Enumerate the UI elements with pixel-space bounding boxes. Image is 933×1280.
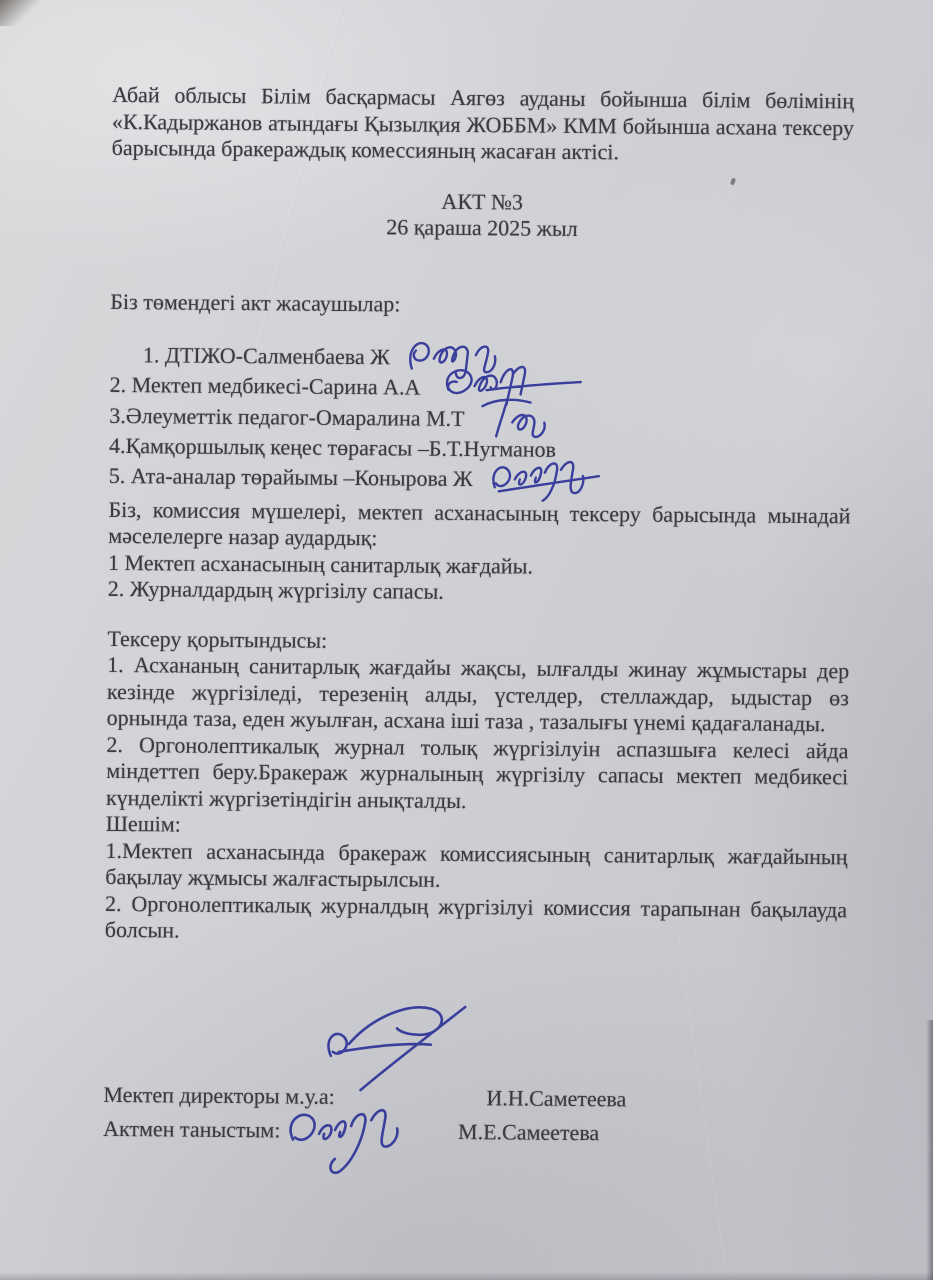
results-item-1: 1. Асхананың санитарлық жағдайы жақсы, ы…: [107, 652, 850, 738]
director-name: И.Н.Саметеева: [486, 1085, 626, 1113]
member-label: 2. Мектеп медбикесі-Сарина А.А: [110, 372, 421, 400]
acquainted-sign-row: Актмен таныстым: М.Е.Самеетева: [103, 1116, 280, 1144]
photo-edge-shadow: [0, 1272, 933, 1280]
decision-item-2: 2. Оргонолептикалық журналдың жүргізілуі…: [105, 891, 847, 950]
signoff-block: Мектеп директоры м.у.а: И.Н.Саметеева Ак…: [103, 1040, 846, 1166]
acquainted-label: Актмен таныстым:: [103, 1116, 280, 1143]
creators-intro: Біз төмендегі акт жасаушылар:: [110, 288, 852, 321]
document-header-paragraph: Абай облысы Білім басқармасы Аягөз аудан…: [112, 82, 855, 168]
results-item-2: 2. Оргонолептикалық журнал толық жүргізі…: [106, 732, 849, 818]
member-label: 5. Ата-аналар төрайымы –Конырова Ж: [109, 463, 473, 491]
act-date: 26 қараша 2025 жыл: [111, 212, 853, 245]
decision-item-1: 1.Мектеп асханасында бракераж комиссиясы…: [105, 838, 847, 897]
document-photo: Абай облысы Білім басқармасы Аягөз аудан…: [0, 0, 933, 1280]
acquainted-name: М.Е.Самеетева: [458, 1119, 599, 1147]
member-label: 3.Әлеуметтік педагог-Омаралина М.Т: [109, 403, 464, 431]
commission-members-list: 1. ДТІЖО-Салменбаева Ж 2. Мектеп медбике…: [109, 340, 852, 497]
focus-item-2: 2. Журналдардың жүргізілу сапасы.: [108, 576, 850, 609]
commission-member-row: 5. Ата-аналар төрайымы –Конырова Ж: [109, 461, 851, 497]
commission-paragraph: Біз, комиссия мүшелері, мектеп асханасын…: [108, 497, 850, 556]
document-sheet: Абай облысы Білім басқармасы Аягөз аудан…: [0, 0, 933, 1167]
signature-member-5: [480, 453, 606, 504]
signature-acquainted: [273, 1101, 439, 1182]
photo-edge-shadow: [926, 1020, 933, 1280]
member-label: 1. ДТІЖО-Салменбаева Ж: [143, 342, 390, 369]
